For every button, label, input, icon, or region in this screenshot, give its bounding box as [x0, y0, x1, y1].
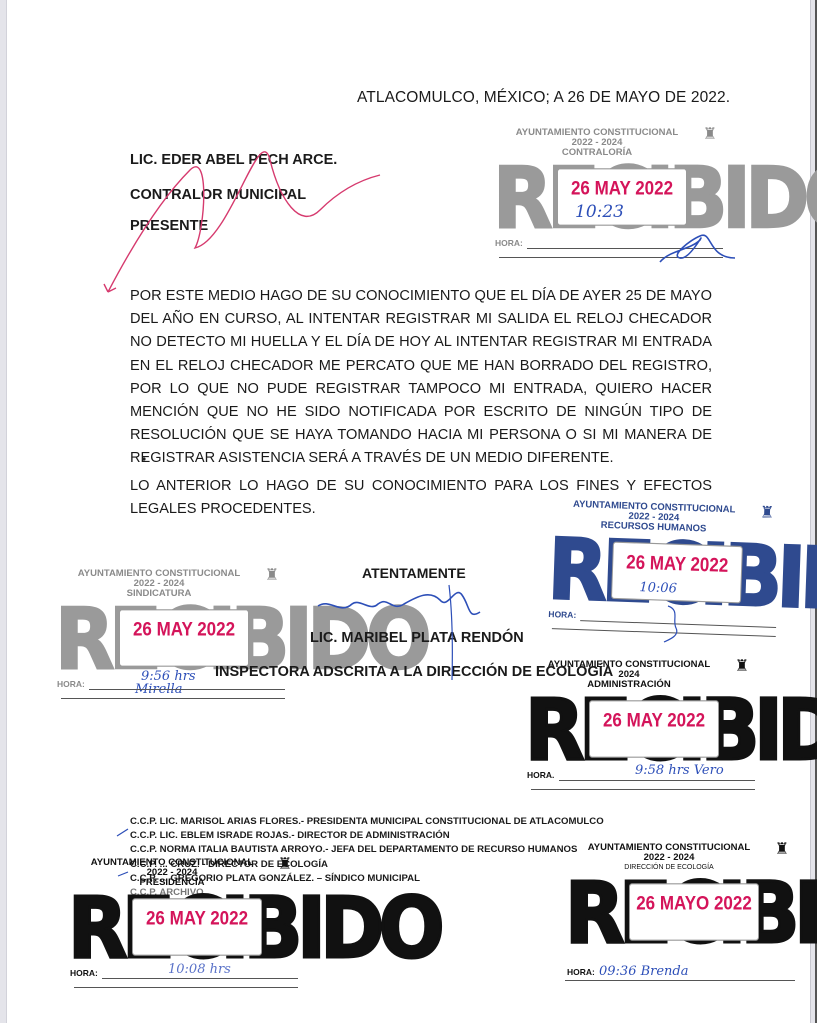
- handwritten-time: 9:58 hrs Vero: [635, 763, 724, 778]
- signer-name: LIC. MARIBEL PLATA RENDÓN: [310, 630, 524, 646]
- stamp-rule: [74, 987, 298, 988]
- addressee-greeting: PRESENTE: [130, 218, 208, 234]
- hora-line: [89, 689, 285, 690]
- stamp-presidencia: AYUNTAMIENTO CONSTITUCIONAL2022 - 2024PR…: [68, 858, 298, 993]
- hora-label: HORA:: [495, 238, 523, 248]
- handwritten-time: 10:23: [575, 202, 624, 222]
- stamp-rule: [61, 698, 285, 699]
- handwritten-time: 10:08 hrs: [168, 962, 231, 977]
- hora-label: HORA:: [548, 609, 576, 620]
- stamp-date: 26 MAY 2022: [611, 541, 743, 603]
- stamp-ecologia: AYUNTAMIENTO CONSTITUCIONAL2022 - 2024DI…: [565, 843, 795, 978]
- stamp-rule: [552, 628, 776, 637]
- stamp-date: 26 MAYO 2022: [629, 883, 759, 941]
- addressee-position: CONTRALOR MUNICIPAL: [130, 187, 306, 203]
- stamp-date: 26 MAY 2022: [589, 700, 719, 758]
- signer-title: INSPECTORA ADSCRITA A LA DIRECCIÓN DE EC…: [215, 664, 613, 680]
- hora-label: HORA:: [70, 968, 98, 978]
- place-date: ATLACOMULCO, MÉXICO; A 26 DE MAYO DE 202…: [357, 89, 730, 107]
- hora-label: HORA:: [57, 679, 85, 689]
- page-edge-left: [0, 0, 7, 1023]
- stamp-administracion: AYUNTAMIENTO CONSTITUCIONAL2024ADMINISTR…: [525, 660, 755, 795]
- hora-line: [559, 780, 755, 781]
- stamp-rule: [499, 257, 723, 258]
- stamp-recursos-humanos: AYUNTAMIENTO CONSTITUCIONAL2022 - 2024RE…: [546, 499, 781, 642]
- closing-salutation: ATENTAMENTE: [362, 565, 466, 581]
- hora-line: [527, 248, 723, 249]
- body-paragraph-1: POR ESTE MEDIO HAGO DE SU CONOCIMIENTO Q…: [130, 285, 712, 471]
- stamp-contraloria: AYUNTAMIENTO CONSTITUCIONAL2022 - 2024CO…: [493, 128, 723, 263]
- stamp-sindicatura: AYUNTAMIENTO CONSTITUCIONAL2022 - 2024SI…: [55, 569, 285, 704]
- addressee-name: LIC. EDER ABEL PECH ARCE.: [130, 152, 337, 168]
- stamp-date: 26 MAY 2022: [132, 898, 262, 956]
- stamp-rule: [565, 980, 795, 981]
- hora-label: HORA:: [567, 967, 595, 977]
- hora-label: HORA.: [527, 770, 554, 780]
- stamp-rule: [531, 789, 755, 790]
- handwritten-time: 09:36 Brenda: [599, 964, 689, 979]
- handwritten-time: 10:06: [639, 580, 677, 596]
- hora-line: [102, 978, 298, 979]
- ccp-item: C.C.P. NORMA ITALIA BAUTISTA ARROYO.- JE…: [130, 843, 604, 857]
- stamp-date: 26 MAY 2022: [119, 609, 249, 667]
- ccp-item: C.C.P. LIC. MARISOL ARIAS FLORES.- PRESI…: [130, 815, 604, 829]
- ccp-item: C.C.P. LIC. EBLEM ISRADE ROJAS.- DIRECTO…: [130, 829, 604, 843]
